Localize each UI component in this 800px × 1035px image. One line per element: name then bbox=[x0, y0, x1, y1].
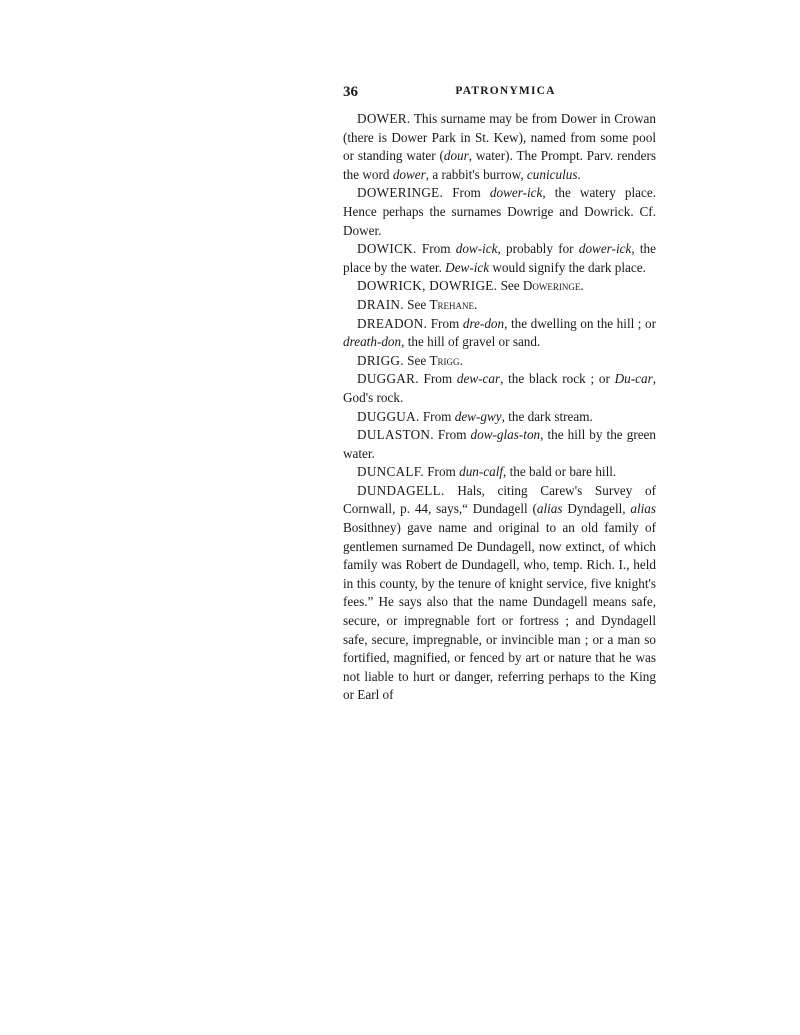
cross-reference: Trigg bbox=[430, 353, 460, 368]
entry-text: , the dwelling on the hill ; or bbox=[504, 316, 656, 331]
headword: DOWERINGE. bbox=[357, 185, 443, 200]
headword: DRIGG. bbox=[357, 353, 404, 368]
entry-text: See bbox=[404, 353, 430, 368]
italic-term: dun-calf bbox=[459, 464, 503, 479]
entry-text: would signify the dark place. bbox=[489, 260, 646, 275]
entry-text: From bbox=[424, 464, 459, 479]
italic-term: dower-ick bbox=[490, 185, 542, 200]
headword: DUNDAGELL. bbox=[357, 483, 445, 498]
entry-text: . bbox=[474, 297, 477, 312]
entry-text: From bbox=[417, 241, 456, 256]
headword: DULASTON. bbox=[357, 427, 434, 442]
dictionary-entries: DOWER. This surname may be from Dower in… bbox=[343, 110, 656, 705]
italic-term: dower-ick bbox=[579, 241, 631, 256]
entry-text: , the hill of gravel or sand. bbox=[401, 334, 540, 349]
italic-term: dew-car bbox=[457, 371, 500, 386]
entry-text: From bbox=[420, 409, 455, 424]
headword: DOWER. bbox=[357, 111, 410, 126]
entry-dowick: DOWICK. From dow-ick, probably for dower… bbox=[343, 240, 656, 277]
italic-term: alias bbox=[630, 501, 656, 516]
entry-text: See bbox=[497, 278, 523, 293]
cross-reference: Doweringe bbox=[523, 278, 581, 293]
italic-term: Dew-ick bbox=[445, 260, 489, 275]
entry-text: From bbox=[419, 371, 457, 386]
entry-drigg: DRIGG. See Trigg. bbox=[343, 352, 656, 371]
entry-dundagell: DUNDAGELL. Hals, citing Carew's Survey o… bbox=[343, 482, 656, 705]
entry-text: . bbox=[460, 353, 463, 368]
entry-text: Dyndagell, bbox=[563, 501, 631, 516]
entry-doweringe: DOWERINGE. From dower-ick, the watery pl… bbox=[343, 184, 656, 240]
italic-term: alias bbox=[537, 501, 563, 516]
entry-text: . bbox=[580, 278, 583, 293]
entry-text: . bbox=[577, 167, 580, 182]
headword: DRAIN. bbox=[357, 297, 404, 312]
entry-text: , probably for bbox=[497, 241, 578, 256]
entry-dower: DOWER. This surname may be from Dower in… bbox=[343, 110, 656, 184]
entry-duggua: DUGGUA. From dew-gwy, the dark stream. bbox=[343, 408, 656, 427]
italic-term: cuniculus bbox=[527, 167, 578, 182]
italic-term: dow-ick bbox=[456, 241, 498, 256]
headword: DUGGAR. bbox=[357, 371, 419, 386]
italic-term: dour bbox=[444, 148, 469, 163]
entry-dulaston: DULASTON. From dow-glas-ton, the hill by… bbox=[343, 426, 656, 463]
entry-text: , a rabbit's burrow, bbox=[426, 167, 527, 182]
entry-duncalf: DUNCALF. From dun-calf, the bald or bare… bbox=[343, 463, 656, 482]
italic-term: dower bbox=[393, 167, 426, 182]
headword: DUGGUA. bbox=[357, 409, 420, 424]
entry-text: Bosithney) gave name and original to an … bbox=[343, 520, 656, 702]
italic-term: dreath-don bbox=[343, 334, 401, 349]
entry-text: From bbox=[427, 316, 463, 331]
italic-term: Du-car bbox=[615, 371, 653, 386]
entry-drain: DRAIN. See Trehane. bbox=[343, 296, 656, 315]
running-head: 36 PATRONYMICA bbox=[343, 84, 656, 106]
entry-dreadon: DREADON. From dre-don, the dwelling on t… bbox=[343, 315, 656, 352]
book-page: 36 PATRONYMICA DOWER. This surname may b… bbox=[343, 84, 656, 705]
headword: DOWICK. bbox=[357, 241, 417, 256]
entry-text: , the black rock ; or bbox=[500, 371, 615, 386]
entry-duggar: DUGGAR. From dew-car, the black rock ; o… bbox=[343, 370, 656, 407]
entry-text: From bbox=[443, 185, 490, 200]
running-title: PATRONYMICA bbox=[343, 85, 656, 97]
entry-text: , the dark stream. bbox=[502, 409, 593, 424]
headword: DREADON. bbox=[357, 316, 427, 331]
cross-reference: Trehane bbox=[430, 297, 475, 312]
entry-text: See bbox=[404, 297, 430, 312]
entry-text: From bbox=[434, 427, 471, 442]
headword: DUNCALF. bbox=[357, 464, 424, 479]
entry-text: , the bald or bare hill. bbox=[503, 464, 616, 479]
italic-term: dew-gwy bbox=[455, 409, 502, 424]
entry-dowrick-dowrige: DOWRICK, DOWRIGE. See Doweringe. bbox=[343, 277, 656, 296]
italic-term: dre-don bbox=[463, 316, 504, 331]
headword: DOWRICK, DOWRIGE. bbox=[357, 278, 497, 293]
italic-term: dow-glas-ton bbox=[471, 427, 541, 442]
